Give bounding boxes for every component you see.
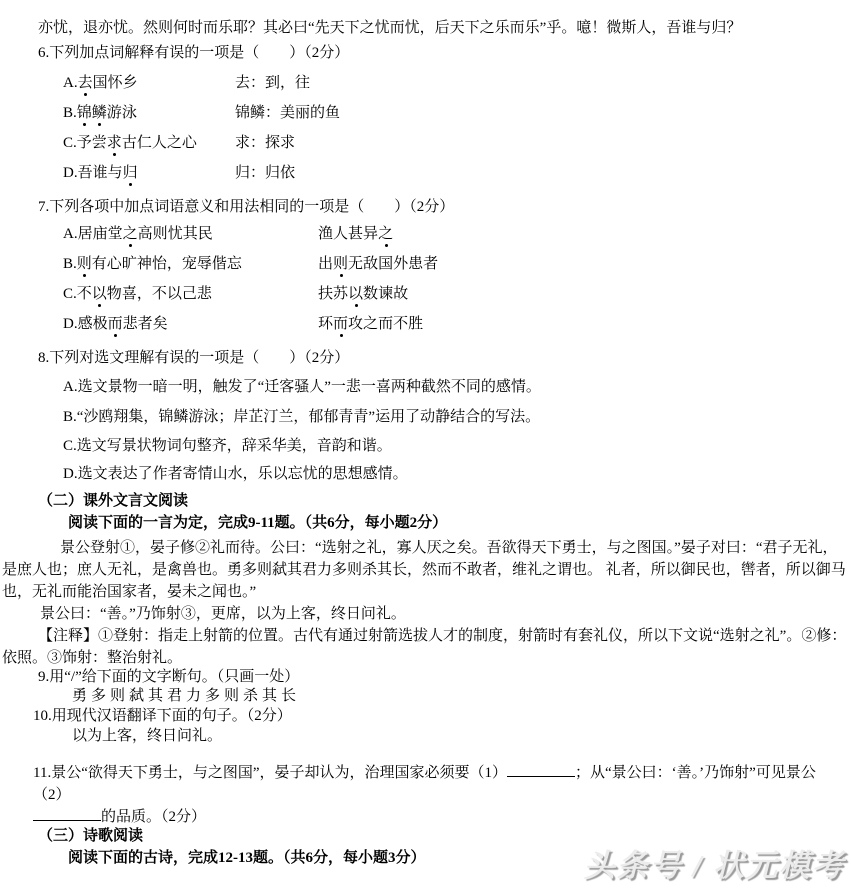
passage-notes: 【注释】①登射：指走上射箭的位置。古代有通过射箭选拔人才的制度，射箭时有套礼仪，… (2, 625, 851, 669)
char: 则 (333, 256, 348, 273)
watermark: 头条号 / 状元模考 (584, 840, 845, 885)
passage-paragraph-1: 景公登射①，晏子修②礼而待。公曰：“选射之礼，寡人厌之矣。吾欲得天下勇士，与之图… (2, 537, 851, 603)
passage-paragraph-2: 景公曰：“善。”乃饰射③，更席，以为上客，终日问礼。 (2, 603, 851, 625)
char: 之 (167, 135, 182, 151)
char: 高 (138, 226, 153, 242)
answer-blank[interactable] (33, 806, 101, 821)
char: 不 (393, 316, 408, 332)
option-label: A. (63, 226, 78, 242)
char: 以 (167, 286, 182, 302)
char: 怡 (152, 256, 167, 272)
section-2-instruction: 阅读下面的一言为定，完成9-11题。（共6分，每小题2分） (68, 515, 851, 532)
char: 甚 (348, 226, 363, 242)
char: 感 (78, 316, 93, 332)
q7-option-c: C.不以物喜，不以己悲 扶苏以数谏故 (63, 286, 851, 303)
char: 去 (78, 75, 93, 92)
option-label: D. (63, 165, 78, 181)
q6-option-a: A.去国怀乡 去：到，往 (63, 75, 851, 92)
char: 辱 (197, 256, 212, 272)
option-left: D.吾谁与归 (63, 165, 235, 182)
char: 之 (363, 316, 378, 332)
question-9-sentence: 勇多则弑其君力多则杀其长 (72, 688, 851, 705)
q6-option-d: D.吾谁与归 归：归依 (63, 165, 851, 182)
char: 攻 (348, 316, 363, 332)
char: 物 (107, 286, 122, 302)
option-label: B. (63, 105, 77, 121)
char: 神 (137, 256, 152, 272)
q8-option-d: D.选文表达了作者寄情山水，乐以忘忧的思想感情。 (63, 466, 851, 483)
char: 患 (408, 256, 423, 272)
option-left: D.感极而悲者矣 (63, 316, 318, 333)
option-phrase: 吾谁与归 (78, 165, 138, 181)
option-gloss: 去：到，往 (235, 75, 310, 92)
question-8-stem: 8.下列对选文理解有误的一项是（ ）（2分） (38, 350, 851, 367)
option-phrase: 锦鳞游泳 (77, 105, 137, 121)
char: 矣 (153, 316, 168, 332)
option-label: A. (63, 75, 78, 91)
question-10-stem: 10.用现代汉语翻译下面的句子。（2分） (33, 708, 851, 725)
char: 喜 (122, 286, 137, 302)
char: 敌 (363, 256, 378, 272)
char: 极 (93, 316, 108, 332)
char: 民 (198, 226, 213, 242)
q7-option-a: A.居庙堂之高则忧其民 渔人甚异之 (63, 226, 851, 243)
option-phrase-right: 出则无敌国外患者 (318, 256, 438, 273)
char: 鳞 (92, 105, 107, 122)
option-phrase: 去国怀乡 (78, 75, 138, 91)
option-label: B. (63, 256, 77, 272)
question-6-stem: 6.下列加点词解释有误的一项是（ ）（2分） (38, 45, 851, 62)
option-label: D. (63, 316, 78, 332)
question-11: 11.景公“欲得天下勇士，与之图国”，晏子却认为，治理国家必须要（1）；从“景公… (33, 762, 851, 828)
char: 心 (107, 256, 122, 272)
char: 人 (152, 135, 167, 151)
char: 泳 (122, 105, 137, 121)
char: 无 (348, 256, 363, 272)
exam-document: 亦忧，退亦忧。然则何时而乐耶？其必曰“先天下之忧而忧，后天下之乐而乐”乎。噫！微… (0, 20, 851, 867)
answer-blank[interactable] (507, 762, 575, 777)
char: 堂 (108, 226, 123, 242)
option-label: C. (63, 286, 77, 302)
char: 归 (123, 165, 138, 182)
option-phrase-left: 感极而悲者矣 (78, 316, 168, 332)
option-left: C.予尝求古仁人之心 (63, 135, 235, 152)
char: 外 (393, 256, 408, 272)
char: 者 (423, 256, 438, 272)
intro-paragraph: 亦忧，退亦忧。然则何时而乐耶？其必曰“先天下之忧而忧，后天下之乐而乐”乎。噫！微… (38, 20, 851, 37)
option-left: A.居庙堂之高则忧其民 (63, 226, 318, 243)
q7-option-d: D.感极而悲者矣 环而攻之而不胜 (63, 316, 851, 333)
char: 之 (123, 226, 138, 243)
option-phrase-left: 则有心旷神怡，宠辱偕忘 (77, 256, 242, 272)
char: 之 (378, 226, 393, 243)
char: 怀 (108, 75, 123, 91)
option-phrase-right: 环而攻之而不胜 (318, 316, 423, 333)
option-left: B.则有心旷神怡，宠辱偕忘 (63, 256, 318, 273)
option-left: B.锦鳞游泳 (63, 105, 235, 122)
option-label: C. (63, 135, 77, 151)
char: 以 (92, 286, 107, 303)
char: 以 (348, 286, 363, 303)
char: 则 (153, 226, 168, 242)
q8-option-b: B.“沙鸥翔集，锦鳞游泳；岸芷汀兰，郁郁青青”运用了动静结合的写法。 (63, 409, 851, 426)
char: 而 (378, 316, 393, 332)
option-left: A.去国怀乡 (63, 75, 235, 92)
q7-option-b: B.则有心旷神怡，宠辱偕忘 出则无敌国外患者 (63, 256, 851, 273)
question-9-stem: 9.用“/”给下面的文字断句。（只画一处） (38, 669, 851, 686)
char: 心 (182, 135, 197, 151)
option-phrase-left: 居庙堂之高则忧其民 (78, 226, 213, 242)
option-phrase-right: 渔人甚异之 (318, 226, 393, 243)
char: 锦 (77, 105, 92, 122)
char: 扶 (318, 286, 333, 302)
char: 乡 (123, 75, 138, 91)
char: 者 (138, 316, 153, 332)
char: 仁 (137, 135, 152, 151)
q8-option-c: C.选文写景状物词句整齐，辞采华美，音韵和谐。 (63, 438, 851, 455)
char: 而 (108, 316, 123, 333)
char: 古 (122, 135, 137, 151)
option-gloss: 归：归依 (235, 165, 295, 182)
char: 渔 (318, 226, 333, 242)
char: 而 (333, 316, 348, 333)
char: 悲 (197, 286, 212, 302)
char: 国 (93, 75, 108, 91)
question-7-stem: 7.下列各项中加点词语意义和用法相同的一项是（ ）（2分） (38, 199, 851, 216)
char: 吾 (78, 165, 93, 181)
char: 人 (333, 226, 348, 242)
char: 忘 (227, 256, 242, 272)
char: 数 (363, 286, 378, 302)
question-10-sentence: 以为上客，终日问礼。 (72, 728, 851, 745)
char: ， (137, 286, 152, 302)
char: 居 (78, 226, 93, 242)
char: ， (167, 256, 182, 272)
option-gloss: 求：探求 (235, 135, 295, 152)
section-2-heading: （二）课外文言文阅读 (38, 493, 851, 510)
char: 游 (107, 105, 122, 121)
option-phrase-right: 扶苏以数谏故 (318, 286, 408, 303)
char: 与 (108, 165, 123, 181)
char: 宠 (182, 256, 197, 272)
option-phrase: 予尝求古仁人之心 (77, 135, 197, 151)
char: 故 (393, 286, 408, 302)
char: 尝 (92, 135, 107, 151)
char: 己 (182, 286, 197, 302)
char: 胜 (408, 316, 423, 332)
char: 国 (378, 256, 393, 272)
option-gloss: 锦鳞：美丽的鱼 (235, 105, 340, 122)
char: 偕 (212, 256, 227, 272)
char: 不 (152, 286, 167, 302)
char: 苏 (333, 286, 348, 302)
exam-page: { "intro": "亦忧，退亦忧。然则何时而乐耶？其必曰“先天下之忧而忧，后… (0, 0, 851, 891)
char: 环 (318, 316, 333, 332)
char: 其 (183, 226, 198, 242)
option-left: C.不以物喜，不以己悲 (63, 286, 318, 303)
char: 谏 (378, 286, 393, 302)
char: 旷 (122, 256, 137, 272)
char: 谁 (93, 165, 108, 181)
char: 出 (318, 256, 333, 272)
q6-option-b: B.锦鳞游泳 锦鳞：美丽的鱼 (63, 105, 851, 122)
char: 有 (92, 256, 107, 272)
char: 求 (107, 135, 122, 152)
char: 异 (363, 226, 378, 242)
char: 庙 (93, 226, 108, 242)
char: 予 (77, 135, 92, 151)
char: 忧 (168, 226, 183, 242)
q8-option-a: A.选文景物一暗一明，触发了“迁客骚人”一悲一喜两种截然不同的感情。 (63, 379, 851, 396)
char: 则 (77, 256, 92, 273)
q6-option-c: C.予尝求古仁人之心 求：探求 (63, 135, 851, 152)
char: 不 (77, 286, 92, 302)
option-phrase-left: 不以物喜，不以己悲 (77, 286, 212, 302)
char: 悲 (123, 316, 138, 332)
